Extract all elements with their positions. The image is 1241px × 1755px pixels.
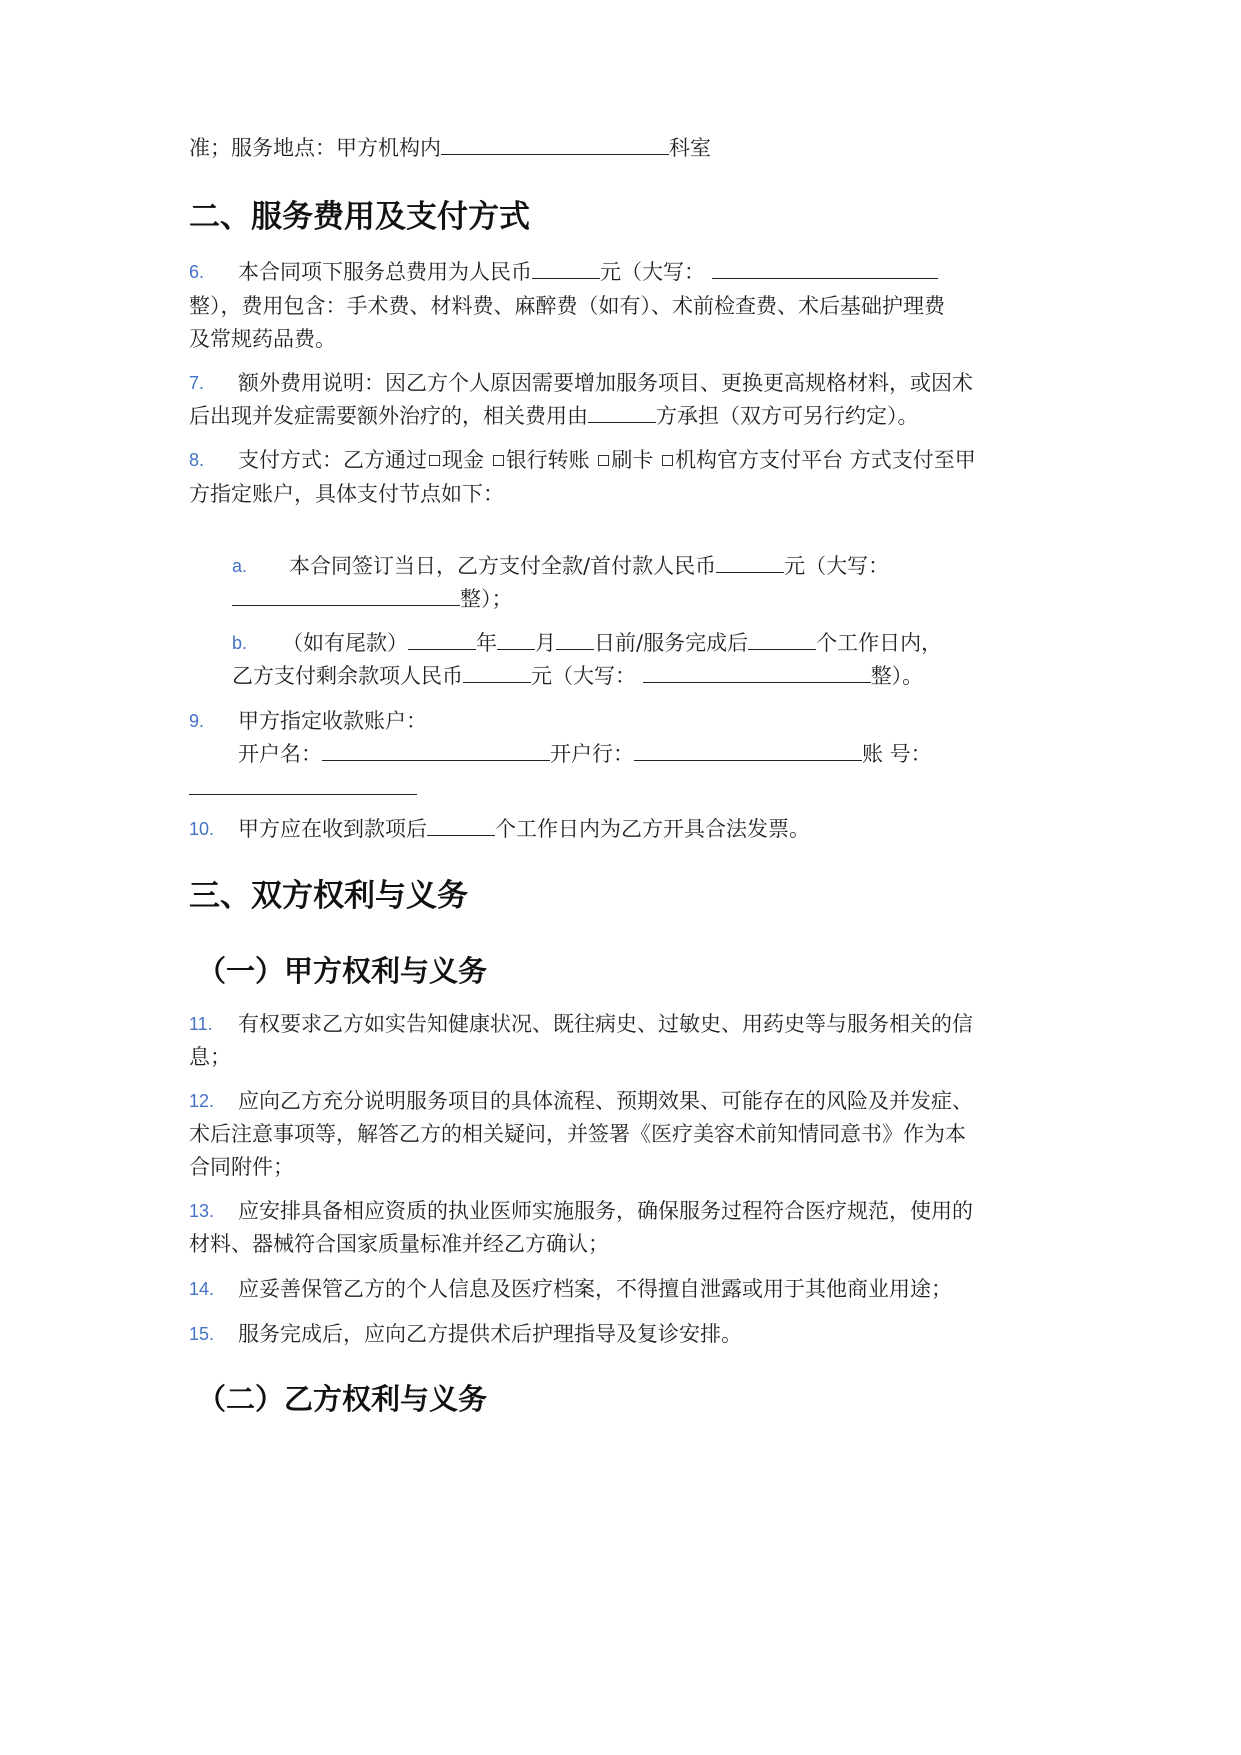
- option-card-label: 刷卡: [611, 448, 653, 472]
- item-number: 15.: [189, 1320, 214, 1348]
- department-blank[interactable]: [441, 134, 669, 155]
- item-text: 月: [535, 631, 556, 655]
- year-blank[interactable]: [408, 629, 476, 650]
- item-7-line-2: 后出现并发症需要额外治疗的，相关费用由方承担（双方可另行约定）。: [189, 402, 919, 430]
- subitem-b-line-1: （如有尾款）年月日前/服务完成后个工作日内，: [282, 629, 942, 657]
- account-number-blank[interactable]: [189, 774, 417, 795]
- item-number: 9.: [189, 707, 204, 735]
- item-9-line-1: 甲方指定收款账户：: [238, 707, 427, 735]
- checkbox-card[interactable]: [598, 455, 609, 466]
- item-11-line-2: 息；: [189, 1043, 231, 1071]
- option-cash-label: 现金: [442, 448, 484, 472]
- item-text: 个工作日内，: [816, 631, 942, 655]
- subitem-a-line-1: 本合同签订当日，乙方支付全款/首付款人民币元（大写：: [289, 552, 889, 580]
- item-7-line-1: 额外费用说明：因乙方个人原因需要增加服务项目、更换更高规格材料，或因术: [238, 369, 973, 397]
- item-6-line-1: 本合同项下服务总费用为人民币元（大写：: [238, 258, 938, 286]
- item-text: 个工作日内为乙方开具合法发票。: [495, 817, 810, 841]
- item-number: 14.: [189, 1275, 214, 1303]
- item-11-line-1: 有权要求乙方如实告知健康状况、既往病史、过敏史、用药史等与服务相关的信: [238, 1010, 973, 1038]
- item-9-line-3: [189, 774, 417, 802]
- account-name-label: 开户名：: [238, 742, 322, 766]
- item-text: 年: [476, 631, 497, 655]
- subsection-party-b-heading: （二）乙方权利与义务: [197, 1379, 487, 1419]
- down-payment-blank[interactable]: [716, 552, 784, 573]
- down-payment-words-blank[interactable]: [232, 585, 460, 606]
- item-number: 11.: [189, 1010, 213, 1038]
- item-8-line-2: 方指定账户，具体支付节点如下：: [189, 480, 504, 508]
- item-number: 6.: [189, 258, 204, 286]
- extra-fee-party-blank[interactable]: [588, 402, 656, 423]
- item-text: 日前/服务完成后: [594, 631, 748, 655]
- item-6-line-2: 整），费用包含：手术费、材料费、麻醉费（如有）、术前检查费、术后基础护理费: [189, 292, 945, 320]
- subsection-party-a-heading: （一）甲方权利与义务: [197, 951, 487, 991]
- total-fee-blank[interactable]: [532, 258, 600, 279]
- item-12-line-1: 应向乙方充分说明服务项目的具体流程、预期效果、可能存在的风险及并发症、: [238, 1087, 973, 1115]
- item-6-line-3: 及常规药品费。: [189, 325, 336, 353]
- item-14-line-1: 应妥善保管乙方的个人信息及医疗档案，不得擅自泄露或用于其他商业用途；: [238, 1275, 952, 1303]
- month-blank[interactable]: [497, 629, 535, 650]
- service-location-suffix: 科室: [669, 136, 711, 160]
- subitem-b-line-2: 乙方支付剩余款项人民币元（大写： 整）。: [232, 662, 923, 690]
- checkbox-official-platform[interactable]: [662, 455, 673, 466]
- item-number: 8.: [189, 446, 204, 474]
- item-text: 整）。: [871, 664, 924, 688]
- bank-label: 开户行：: [550, 742, 634, 766]
- item-13-line-2: 材料、器械符合国家质量标准并经乙方确认；: [189, 1230, 609, 1258]
- balance-words-blank[interactable]: [643, 662, 871, 683]
- option-bank-transfer-label: 银行转账: [506, 448, 590, 472]
- item-text: 整）；: [460, 587, 513, 611]
- option-official-platform-label: 机构官方支付平台: [675, 448, 843, 472]
- item-text: 元（大写：: [531, 664, 636, 688]
- item-text: 方式支付至甲: [850, 448, 976, 472]
- balance-amount-blank[interactable]: [463, 662, 531, 683]
- document-page: 准；服务地点：甲方机构内科室 二、服务费用及支付方式 6. 本合同项下服务总费用…: [0, 0, 1241, 1755]
- invoice-days-blank[interactable]: [427, 815, 495, 836]
- item-text: 支付方式：乙方通过: [238, 448, 427, 472]
- item-9-line-2: 开户名：开户行：账 号：: [238, 740, 932, 768]
- day-blank[interactable]: [556, 629, 594, 650]
- section-2-heading: 二、服务费用及支付方式: [189, 197, 530, 237]
- bank-blank[interactable]: [634, 740, 862, 761]
- account-number-label: 账 号：: [862, 742, 932, 766]
- working-days-blank[interactable]: [748, 629, 816, 650]
- subitem-letter: b.: [232, 629, 247, 657]
- account-name-blank[interactable]: [322, 740, 550, 761]
- item-10-line-1: 甲方应在收到款项后个工作日内为乙方开具合法发票。: [238, 815, 810, 843]
- item-number: 7.: [189, 369, 204, 397]
- item-text: 本合同签订当日，乙方支付全款/首付款人民币: [289, 554, 716, 578]
- item-text: （如有尾款）: [282, 631, 408, 655]
- checkbox-bank-transfer[interactable]: [493, 455, 504, 466]
- item-number: 10.: [189, 815, 214, 843]
- item-number: 13.: [189, 1197, 214, 1225]
- service-location-prefix: 准；服务地点：甲方机构内: [189, 136, 441, 160]
- item-text: 方承担（双方可另行约定）。: [656, 404, 919, 428]
- item-12-line-2: 术后注意事项等，解答乙方的相关疑问，并签署《医疗美容术前知情同意书》作为本: [189, 1120, 966, 1148]
- total-fee-words-blank[interactable]: [712, 258, 938, 279]
- item-text: 甲方应在收到款项后: [238, 817, 427, 841]
- section-3-heading: 三、双方权利与义务: [189, 876, 468, 916]
- checkbox-cash[interactable]: [429, 455, 440, 466]
- item-8-line-1: 支付方式：乙方通过现金 银行转账 刷卡 机构官方支付平台 方式支付至甲: [238, 446, 976, 474]
- service-location-line: 准；服务地点：甲方机构内科室: [189, 134, 711, 162]
- item-13-line-1: 应安排具备相应资质的执业医师实施服务，确保服务过程符合医疗规范，使用的: [238, 1197, 973, 1225]
- item-text: 本合同项下服务总费用为人民币: [238, 260, 532, 284]
- item-text: 后出现并发症需要额外治疗的，相关费用由: [189, 404, 588, 428]
- subitem-a-line-2: 整）；: [232, 585, 513, 613]
- item-text: 乙方支付剩余款项人民币: [232, 664, 463, 688]
- item-12-line-3: 合同附件；: [189, 1153, 294, 1181]
- subitem-letter: a.: [232, 552, 247, 580]
- item-text: 元（大写：: [784, 554, 889, 578]
- item-number: 12.: [189, 1087, 214, 1115]
- item-15-line-1: 服务完成后，应向乙方提供术后护理指导及复诊安排。: [238, 1320, 742, 1348]
- item-text: 元（大写：: [600, 260, 705, 284]
